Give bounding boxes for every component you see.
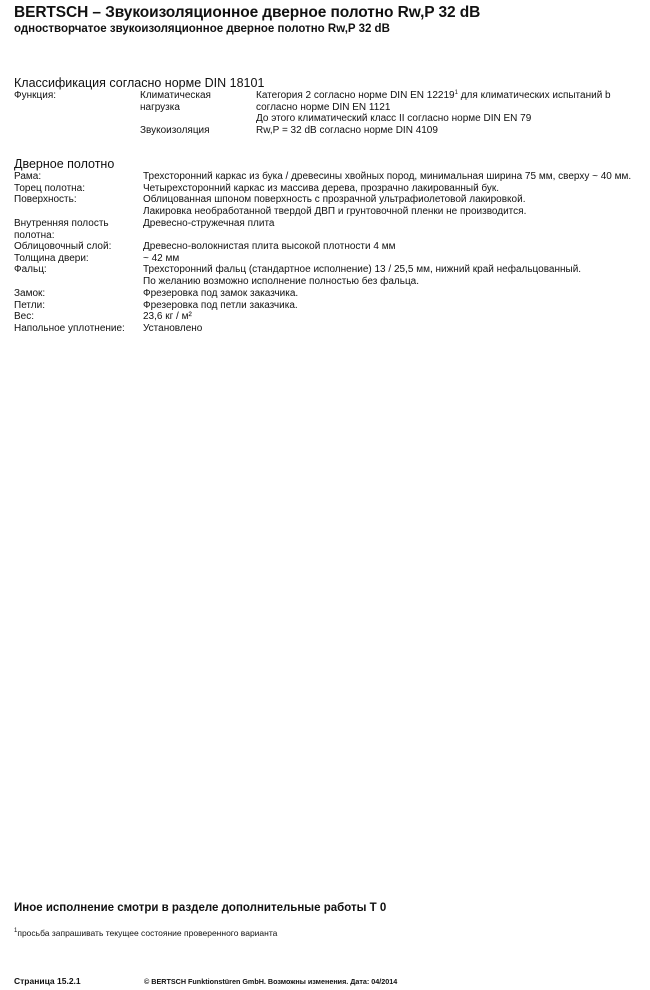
spec-label: Замок: xyxy=(14,288,45,299)
footnote: 1просьба запрашивать текущее состояние п… xyxy=(14,928,277,938)
spec-label: Торец полотна: xyxy=(14,183,85,194)
climate-sub-label-2: нагрузка xyxy=(140,102,180,113)
spec-label: Облицовочный слой: xyxy=(14,241,111,252)
classification-row-climate-2: нагрузка согласно норме DIN EN 1121 xyxy=(14,102,644,114)
spec-label: Толщина двери: xyxy=(14,253,89,264)
spec-row-edge: Торец полотна: Четырехсторонний каркас и… xyxy=(14,183,644,195)
spec-row-facing: Облицовочный слой: Древесно-волокнистая … xyxy=(14,241,644,253)
spec-label: полотна: xyxy=(14,230,55,241)
spec-label: Фальц: xyxy=(14,264,47,275)
door-leaf-heading: Дверное полотно xyxy=(14,157,114,171)
document-subtitle: одностворчатое звукоизоляционное дверное… xyxy=(14,23,390,35)
climate-value-text: Категория 2 согласно норме DIN EN 12219 xyxy=(256,90,455,101)
page-number: Страница 15.2.1 xyxy=(14,976,81,986)
climate-value-2: согласно норме DIN EN 1121 xyxy=(256,102,390,113)
spec-row-lock: Замок: Фрезеровка под замок заказчика. xyxy=(14,288,644,300)
document-title: BERTSCH – Звукоизоляционное дверное поло… xyxy=(14,4,480,22)
spec-label: Петли: xyxy=(14,300,45,311)
spec-value: Трехсторонний каркас из бука / древесины… xyxy=(143,171,631,182)
spec-label: Рама: xyxy=(14,171,41,182)
sound-value: Rw,P = 32 dB согласно норме DIN 4109 xyxy=(256,125,438,136)
spec-row-surface: Поверхность: Облицованная шпоном поверхн… xyxy=(14,194,644,206)
spec-label: Напольное уплотнение: xyxy=(14,323,125,334)
spec-value: 23,6 кг / м² xyxy=(143,311,192,322)
spec-row-floor-seal: Напольное уплотнение: Установлено xyxy=(14,323,644,335)
spec-row-weight: Вес: 23,6 кг / м² xyxy=(14,311,644,323)
spec-label: Внутренняя полость xyxy=(14,218,109,229)
spec-label: Вес: xyxy=(14,311,34,322)
spec-row-hinges: Петли: Фрезеровка под петли заказчика. xyxy=(14,300,644,312)
spec-value: По желанию возможно исполнение полностью… xyxy=(143,276,419,287)
spec-value: Лакировка необработанной твердой ДВП и г… xyxy=(143,206,526,217)
spec-row-thickness: Толщина двери: ~ 42 мм xyxy=(14,253,644,265)
footnote-text: просьба запрашивать текущее состояние пр… xyxy=(17,928,277,938)
copyright: © BERTSCH Funktionstüren GmbH. Возможны … xyxy=(144,977,397,986)
spec-row-surface-2: Лакировка необработанной твердой ДВП и г… xyxy=(14,206,644,218)
spec-row-frame: Рама: Трехсторонний каркас из бука / дре… xyxy=(14,171,644,183)
spec-value: Фрезеровка под петли заказчика. xyxy=(143,300,298,311)
spec-value: Древесно-стружечная плита xyxy=(143,218,274,229)
spec-label: Поверхность: xyxy=(14,194,77,205)
spec-value: Древесно-волокнистая плита высокой плотн… xyxy=(143,241,395,252)
spec-value: Установлено xyxy=(143,323,202,334)
spec-value: Облицованная шпоном поверхность с прозра… xyxy=(143,194,525,205)
spec-row-core: Внутренняя полость Древесно-стружечная п… xyxy=(14,218,644,230)
sound-sub-label: Звукоизоляция xyxy=(140,125,210,136)
spec-value: Четырехсторонний каркас из массива дерев… xyxy=(143,183,499,194)
climate-value-3: До этого климатический класс II согласно… xyxy=(256,113,531,124)
classification-row-sound: Звукоизоляция Rw,P = 32 dB согласно норм… xyxy=(14,125,644,137)
spec-value: ~ 42 мм xyxy=(143,253,179,264)
function-label: Функция: xyxy=(14,90,56,101)
spec-value: Трехсторонний фальц (стандартное исполне… xyxy=(143,264,581,275)
climate-value: Категория 2 согласно норме DIN EN 122191… xyxy=(256,90,611,101)
spec-row-core-2: полотна: xyxy=(14,230,644,242)
spec-value: Фрезеровка под замок заказчика. xyxy=(143,288,298,299)
classification-heading: Классификация согласно норме DIN 18101 xyxy=(14,76,264,90)
spec-row-rebate: Фальц: Трехсторонний фальц (стандартное … xyxy=(14,264,644,276)
additional-works-note: Иное исполнение смотри в разделе дополни… xyxy=(14,902,386,914)
spec-row-rebate-2: По желанию возможно исполнение полностью… xyxy=(14,276,644,288)
classification-row-climate-3: До этого климатический класс II согласно… xyxy=(14,113,644,125)
climate-value-after: для климатических испытаний b xyxy=(458,90,611,101)
classification-row-climate: Функция: Климатическая Категория 2 согла… xyxy=(14,90,644,102)
climate-sub-label: Климатическая xyxy=(140,90,211,101)
